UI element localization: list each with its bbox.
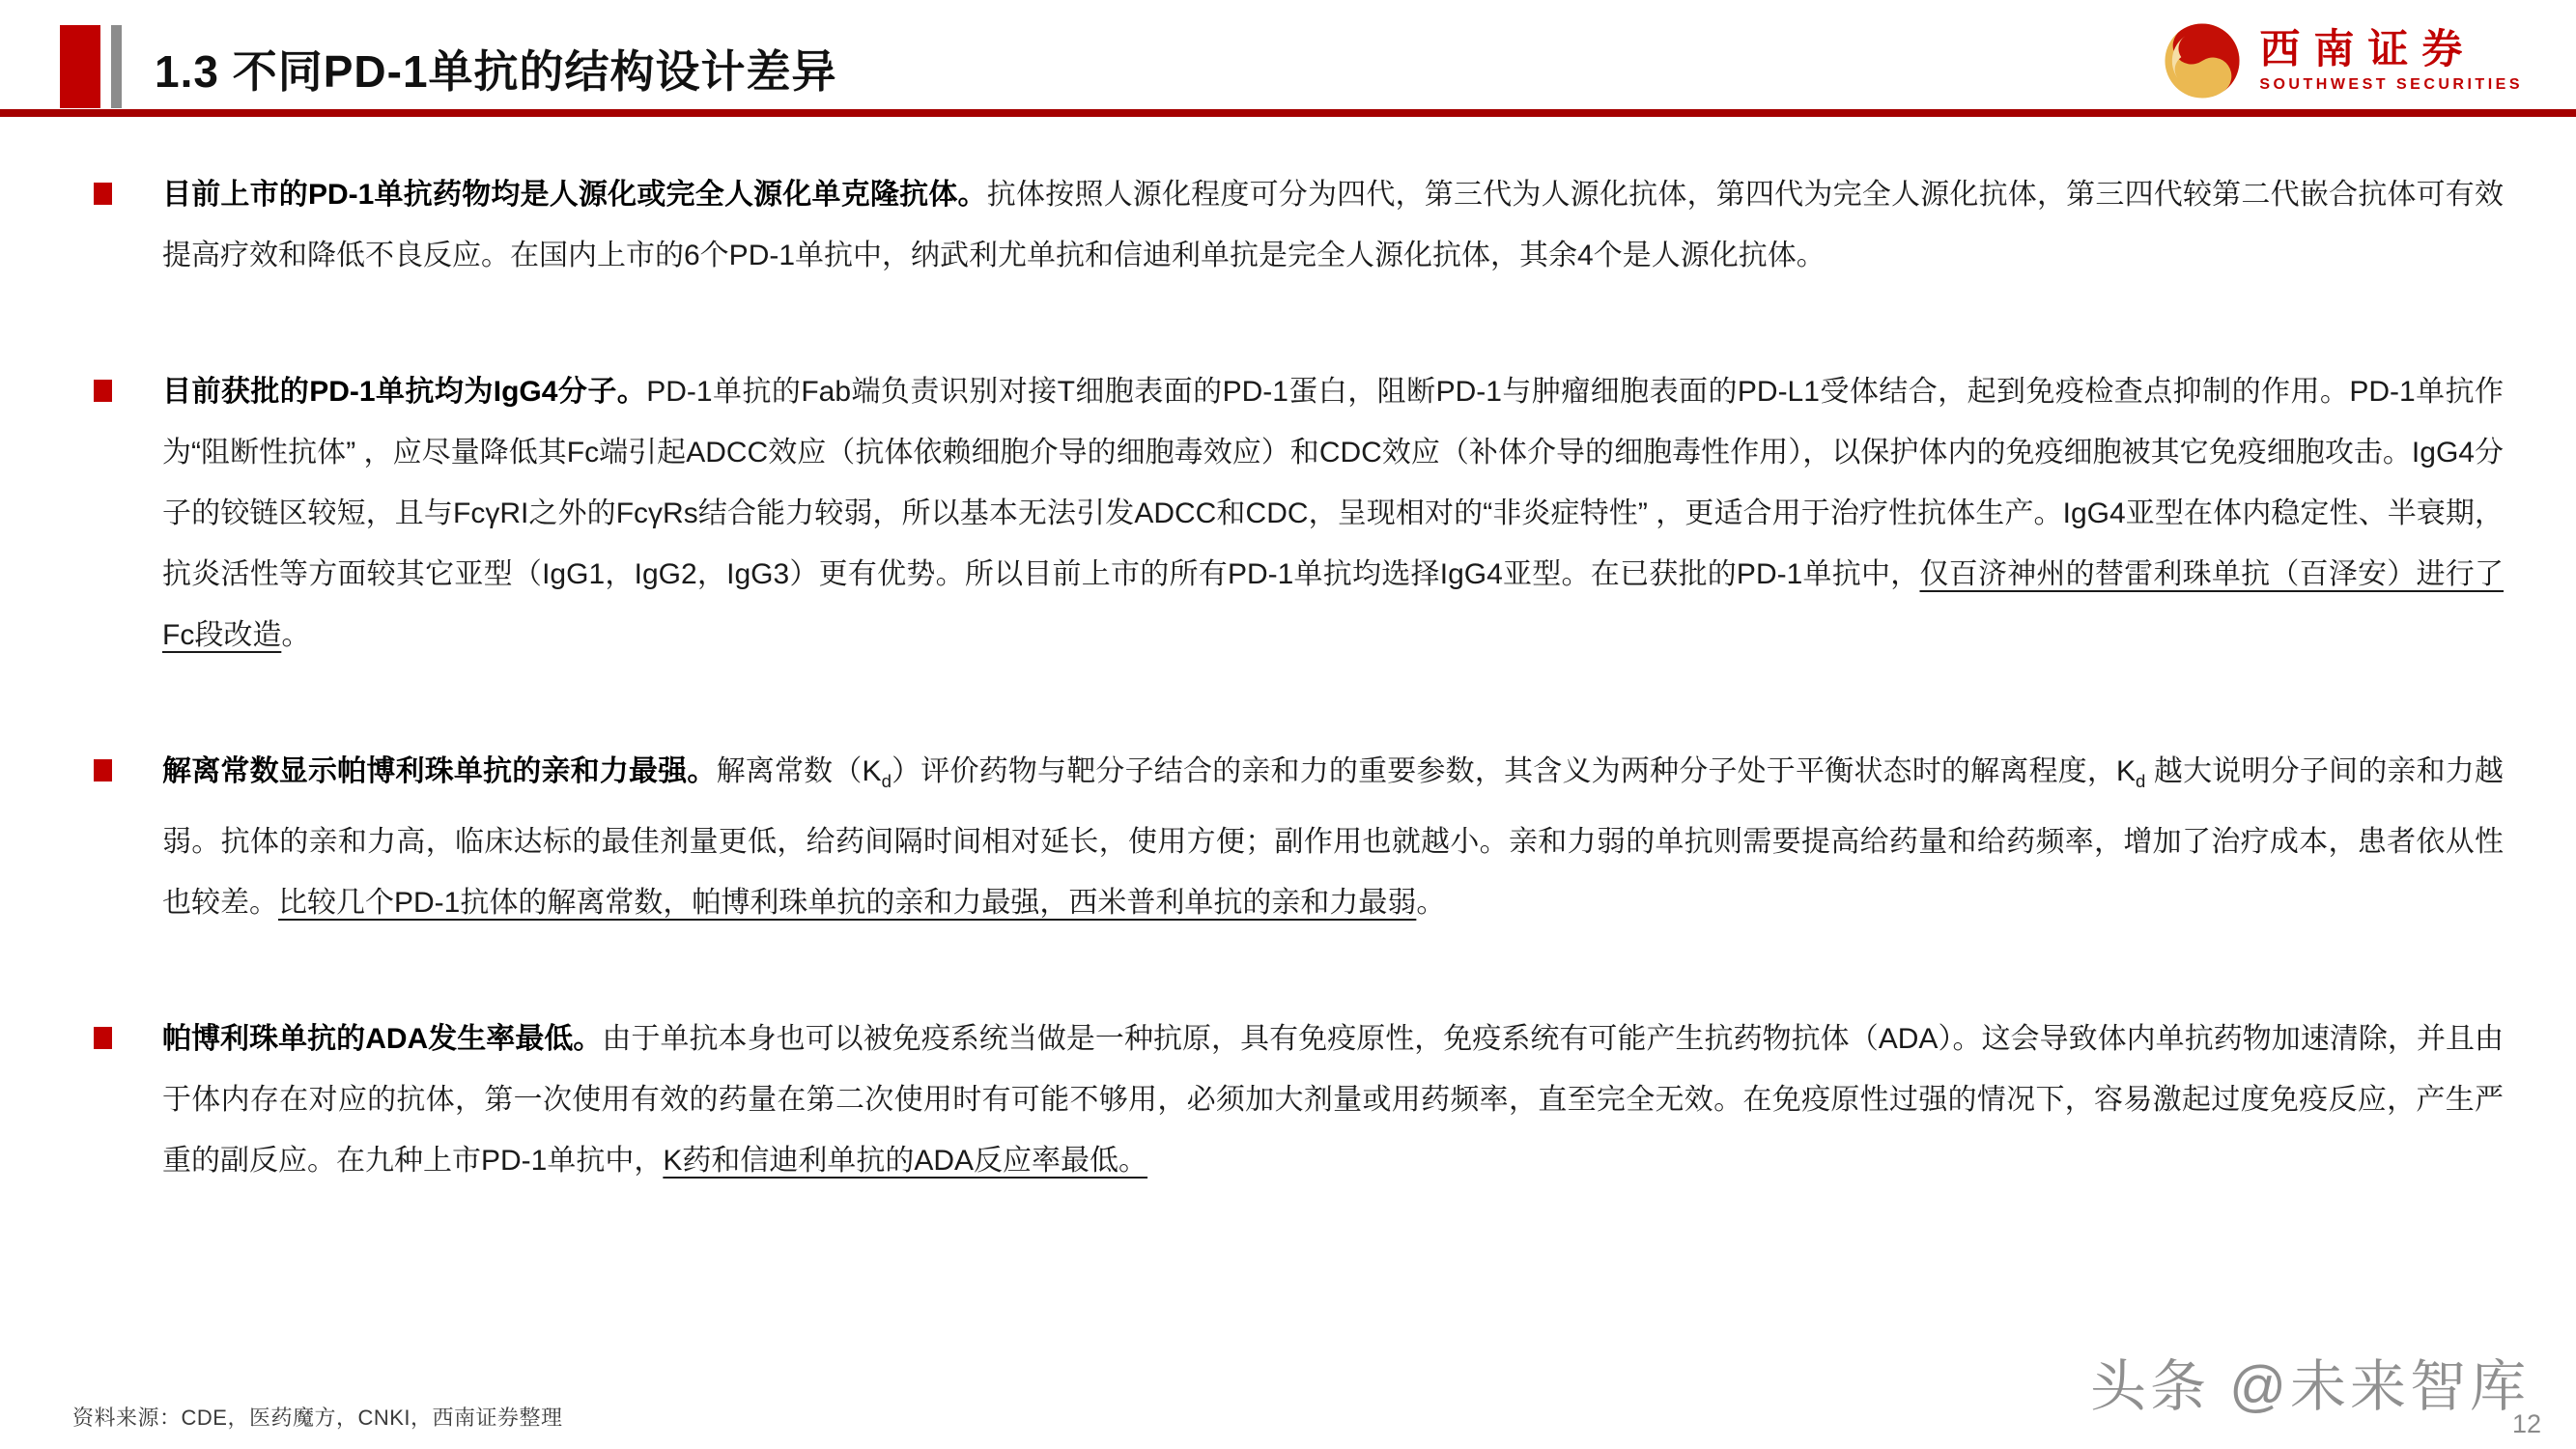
company-logo: 西南证券 SOUTHWEST SECURITIES xyxy=(2163,21,2523,100)
header-gray-bar xyxy=(111,25,122,108)
bullet-paragraph-4: 帕博利珠单抗的ADA发生率最低。由于单抗本身也可以被免疫系统当做是一种抗原，具有… xyxy=(162,1009,2504,1191)
logo-swirl-icon xyxy=(2163,21,2242,100)
header-divider-line xyxy=(0,109,2576,117)
page-title: 1.3 不同PD-1单抗的结构设计差异 xyxy=(155,37,837,100)
logo-text: 西南证券 SOUTHWEST SECURITIES xyxy=(2259,28,2523,94)
logo-name-en: SOUTHWEST SECURITIES xyxy=(2259,76,2523,94)
slide: 1.3 不同PD-1单抗的结构设计差异 西南证券 SOUTHWEST SECUR… xyxy=(0,0,2576,1449)
bullet-square-icon xyxy=(94,380,112,402)
bullet-paragraph-1: 目前上市的PD-1单抗药物均是人源化或完全人源化单克隆抗体。抗体按照人源化程度可… xyxy=(162,164,2504,286)
watermark-text: 头条 @未来智库 xyxy=(2090,1341,2530,1422)
header: 1.3 不同PD-1单抗的结构设计差异 西南证券 SOUTHWEST SECUR… xyxy=(0,0,2576,109)
bullet-item-2: 目前获批的PD-1单抗均为IgG4分子。PD-1单抗的Fab端负责识别对接T细胞… xyxy=(94,361,2504,666)
source-note: 资料来源：CDE，医药魔方，CNKI，西南证券整理 xyxy=(72,1402,563,1432)
slide-body: 目前上市的PD-1单抗药物均是人源化或完全人源化单克隆抗体。抗体按照人源化程度可… xyxy=(94,164,2504,1266)
bullet-item-1: 目前上市的PD-1单抗药物均是人源化或完全人源化单克隆抗体。抗体按照人源化程度可… xyxy=(94,164,2504,286)
bullet-item-4: 帕博利珠单抗的ADA发生率最低。由于单抗本身也可以被免疫系统当做是一种抗原，具有… xyxy=(94,1009,2504,1191)
bullet-square-icon xyxy=(94,759,112,781)
header-red-square xyxy=(60,25,100,108)
bullet-square-icon xyxy=(94,183,112,205)
bullet-paragraph-3: 解离常数显示帕博利珠单抗的亲和力最强。解离常数（Kd）评价药物与靶分子结合的亲和… xyxy=(162,741,2504,933)
bullet-paragraph-2: 目前获批的PD-1单抗均为IgG4分子。PD-1单抗的Fab端负责识别对接T细胞… xyxy=(162,361,2504,666)
bullet-square-icon xyxy=(94,1027,112,1049)
page-number: 12 xyxy=(2512,1409,2541,1439)
bullet-item-3: 解离常数显示帕博利珠单抗的亲和力最强。解离常数（Kd）评价药物与靶分子结合的亲和… xyxy=(94,741,2504,933)
logo-name-cn: 西南证券 xyxy=(2259,28,2476,72)
